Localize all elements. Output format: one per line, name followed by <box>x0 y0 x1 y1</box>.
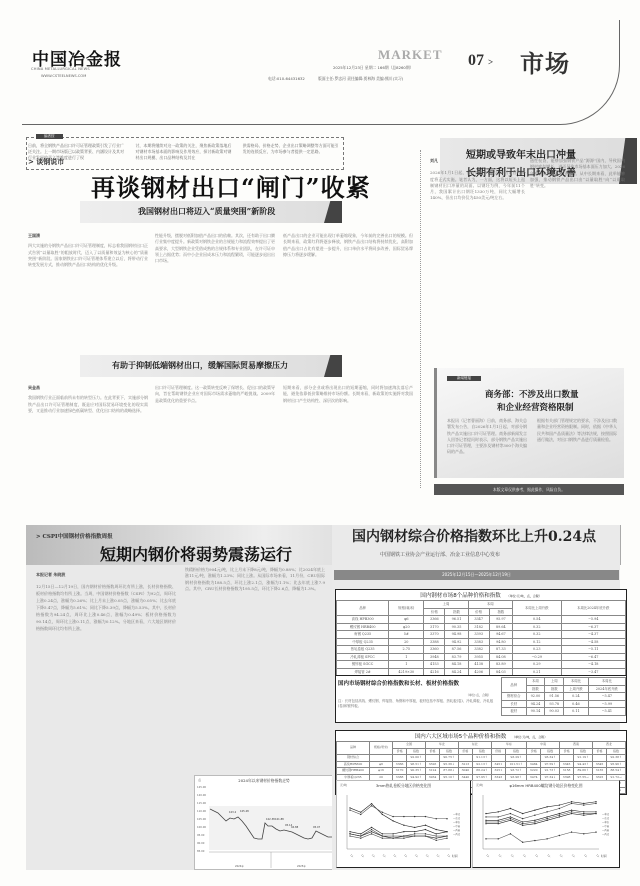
index-report-date-range: 2025年12月15日—2025年12月19日 <box>334 570 619 580</box>
news-title-line2: 和企业经营资格限制 <box>497 401 574 413</box>
author-byline: 刘凡 <box>430 158 525 164</box>
svg-text:12-: 12- <box>498 854 503 859</box>
table-cell: 长材 <box>502 700 527 708</box>
table-cell: −6.37 <box>561 623 625 631</box>
svg-text:12-: 12- <box>425 854 430 859</box>
table-cell: 1 <box>389 653 424 661</box>
table-cell: 87.33 <box>489 646 512 654</box>
table-cell: φ20 <box>389 623 424 631</box>
index-report-title: 国内钢材综合价格指数环比上升0.24点 <box>352 526 596 546</box>
table-cell: 90.03 <box>545 708 564 716</box>
sub-header: 价格 <box>468 608 489 616</box>
table-cell: 3366 <box>424 616 445 624</box>
table-cell: 角钢 Q235 <box>337 631 389 639</box>
sub-header: 价格 <box>424 608 445 616</box>
svg-text:12-: 12- <box>392 854 397 859</box>
table-cell: 84.18 <box>445 661 468 669</box>
table-cell: 93.78 <box>545 700 564 708</box>
table-cell: 3370 <box>424 631 445 639</box>
table-note: 注：长材包括高线、螺纹钢、焊接管、角钢和中厚板，板材包括中厚板、热轧板(卷)、冷… <box>338 699 498 709</box>
table-cell: 4138 <box>468 661 489 669</box>
table-row: 长材94.2493.780.46−5.99 <box>502 700 626 708</box>
article-column: 12月15日—12月19日，国内钢材价格指数周环比有所上涨，长材价格指数、板材价… <box>36 583 176 632</box>
table-cell: 90.14 <box>526 708 545 716</box>
table-cell: 0.54 <box>512 616 561 624</box>
table-cell: 高线 HPB300 <box>337 616 389 624</box>
table-cell: 2.75 <box>389 646 424 654</box>
cspi-line-plot: 125.00120.00115.00110.00105.00100.0095.0… <box>195 776 335 871</box>
table-caption: 国内钢材市场8个品种价格和指数（单位:元/吨，点，合税） <box>336 590 626 600</box>
col-header: 规格(毫米) <box>389 601 424 616</box>
table-cell: −4.37 <box>561 631 625 639</box>
col-header: 规格(毫米) <box>369 742 392 755</box>
svg-text:—中南: —中南 <box>453 824 461 828</box>
sub-header: 指数 <box>526 685 545 693</box>
author-byline: 本报记者 朱晓波 <box>36 572 65 578</box>
subheadline-banner: 有助于抑制低端钢材出口，缓解国际贸易摩擦压力 <box>80 355 342 377</box>
table-cell: 镀锌板 SGCC <box>337 661 389 669</box>
subheadline-text: 我国钢材出口将迈入“质量突围”新阶段 <box>138 206 275 217</box>
svg-text:—华北: —华北 <box>453 812 461 816</box>
svg-text:12-: 12- <box>522 854 527 859</box>
website-url[interactable]: WWW.CSTEELNEWS.COM <box>41 74 86 78</box>
col-header: 上周 <box>545 678 564 686</box>
article-column: 低产品出口的企业可能出现订单萎缩现象，今年前的完善出口的规模。但长期来看，政策红… <box>283 233 413 258</box>
svg-text:—西北: —西北 <box>602 832 610 836</box>
page-number-value: 07 <box>468 52 484 69</box>
main-headline: 再谈钢材出口“闸门”收紧 <box>91 168 371 203</box>
table-cell: −5.11 <box>561 646 625 654</box>
sub-header: 上周升跌 <box>564 685 589 693</box>
table-cell: 3955 <box>468 653 489 661</box>
svg-text:12-: 12- <box>510 854 515 859</box>
col-header: 品种 <box>337 601 389 616</box>
disclaimer-bar: 本版文章仅供参考，据此操作，风险自负。 <box>434 484 624 495</box>
table-cell: 3347 <box>468 616 489 624</box>
table-cell: 83.89 <box>489 661 512 669</box>
col-header: 品种 <box>337 742 370 755</box>
article-column: 王国清 四大实施的分钢铁产品出口许可证管理制度，标志着我国钢材出口正式告别“以量… <box>28 233 148 268</box>
col-header: 本周比 <box>564 678 589 686</box>
article-column: 性能升级，摆脱对低附加值产品出口的依赖。其次，还有助于出口腾行业集中度提升。新政… <box>155 233 275 264</box>
x-group-2025: 2025年 <box>297 864 306 868</box>
author-byline: 王国清 <box>28 233 148 239</box>
svg-text:—东北: —东北 <box>453 816 461 820</box>
table-cell: 0.11 <box>564 708 589 716</box>
editorial-staff: 版面主任:罗忠河 责任编辑:贾林海 美编:熊川(实习) <box>318 76 403 82</box>
sub-header: 指数 <box>545 685 564 693</box>
svg-text:12-: 12- <box>485 854 490 859</box>
banner-accent <box>324 355 342 377</box>
subheadline-banner: 我国钢材出口将迈入“质量突围”新阶段 <box>80 201 342 223</box>
price-index-table-8-varieties: 国内钢材市场8个品种价格和指数（单位:元/吨，点，合税） 品种 规格(毫米) 上… <box>335 589 627 677</box>
table-cell: 5# <box>389 631 424 639</box>
table-cell: 94.67 <box>489 631 512 639</box>
table-cell: −5.94 <box>561 616 625 624</box>
svg-text:时间: 时间 <box>452 854 458 858</box>
table-cell: 0.23 <box>512 646 561 654</box>
table-row: 热轧卷板 Q2352.75336087.56338287.330.23−5.11 <box>337 646 626 654</box>
col-header: 本周比2024年底升跌 <box>561 601 625 616</box>
table-cell: −5.99 <box>588 700 625 708</box>
table-cell: 0.29 <box>512 661 561 669</box>
table-cell: 3360 <box>424 646 445 654</box>
svg-text:94.88: 94.88 <box>291 825 299 829</box>
table-cell: −5.47 <box>588 693 625 701</box>
news-link-box: 新闻链接 商务部：不涉及出口数量 和企业经营资格限制 本报讯（记者曹丽海）日前，… <box>434 368 624 478</box>
hrc-line-plot: —华北—东北—华东—中南—西南—西北12-12-12-12-12-12-12-1… <box>337 781 472 869</box>
table-cell: 3393 <box>468 631 489 639</box>
column-kicker: > CSPI中国钢材价格指数周报 <box>36 532 113 540</box>
table-cell: 91.56 <box>545 693 564 701</box>
table-cell: 0.46 <box>564 700 589 708</box>
article-body: 我国钢铁行业正面临前所未有的转型压力。在此背景下，实施部分钢铁产品出口许可证管理… <box>28 395 148 414</box>
svg-text:12-: 12- <box>534 854 539 859</box>
table-cell: 0.12 <box>512 638 561 646</box>
table-cell: 3170 <box>424 623 445 631</box>
svg-text:12-: 12- <box>349 854 354 859</box>
section-title: 市场 <box>520 44 570 79</box>
svg-text:12-: 12- <box>546 854 551 859</box>
svg-text:—西北: —西北 <box>453 832 461 836</box>
table-unit: （单位:点，合税） <box>466 693 491 697</box>
table-row: 螺纹钢HRB400φ16317090.35↑312487.88↓304086.2… <box>337 768 626 775</box>
svg-text:101.88: 101.88 <box>275 817 284 821</box>
editor-note-text: 日前，将全钢铁产品出口许可证管理政策引发了行业广泛关注。上一期市场版已以政策背景… <box>28 143 342 161</box>
table-cell: 0.32 <box>512 631 561 639</box>
article-body: 2026年1月1日起，部分钢铁产品出口许可证管理制度将正式实施。笔者认为，一方面… <box>430 170 525 201</box>
table-cell: 板材 <box>502 708 527 716</box>
table-cell: 4153 <box>424 661 445 669</box>
cspi-headline: 短期内钢价将弱势震荡运行 <box>100 542 292 565</box>
svg-text:—华东: —华东 <box>453 820 461 824</box>
editor-note-label: 编者按 <box>36 134 63 139</box>
table-cell: −4.58 <box>561 638 625 646</box>
table-cell: 84.08 <box>489 653 512 661</box>
table-cell: 96.51 <box>445 616 468 624</box>
svg-text:125.00: 125.00 <box>197 785 206 789</box>
article-column: 出口许可证管理制度。这一政策转变反映了保增长、促出口的政策导向，旨在帮助钢铁企业… <box>155 385 275 404</box>
editor-note-col: 讨，本期将继续对这一政策的关注，聚焦新政策落地后对钢材市场基本面的影响及作用效应… <box>135 143 234 161</box>
svg-text:12-: 12- <box>403 854 408 859</box>
table-cell: 95.97 <box>489 616 512 624</box>
table-row: 高线 HPB300φ6336696.51334795.970.54−5.94 <box>337 616 626 624</box>
banner-accent <box>324 201 342 223</box>
col-header: 本周比 <box>588 678 625 686</box>
table-cell: 1 <box>389 661 424 669</box>
svg-text:12-: 12- <box>360 854 365 859</box>
table-cell: −0.29 <box>512 653 561 661</box>
table-cell: 3388 <box>424 638 445 646</box>
svg-text:95.07: 95.07 <box>313 825 321 829</box>
table-cell: 20 <box>389 638 424 646</box>
table-cell: 94.92 <box>445 638 468 646</box>
col-header: 本周 <box>468 601 512 609</box>
table-row: 角钢 Q2355#337094.98339394.670.32−4.37 <box>337 631 626 639</box>
table-row: 螺纹钢 HRB400φ20317090.35318289.640.32−6.37 <box>337 623 626 631</box>
col-header: 本周比上周升跌 <box>512 601 561 616</box>
svg-text:12-: 12- <box>583 854 588 859</box>
rebar-regional-chart: φ16mm HRB400螺纹钢分地区价格变化图 元/吨 —华北—东北—华东—中南… <box>472 780 620 868</box>
table-cell: 0.32 <box>512 623 561 631</box>
news-body: 根据有关部门管理规定的要求，不涉及出口数量和企业经营资格限制。同时，依据《中华人… <box>537 418 617 443</box>
table-caption: 国内市场钢材综合价格指数和长材、板材价格指数 <box>338 679 459 687</box>
table-cell: 94.24 <box>526 700 545 708</box>
col-header: 上周 <box>424 601 468 609</box>
svg-text:12-: 12- <box>571 854 576 859</box>
news-link-label: 新闻链接 <box>447 376 481 381</box>
table-cell: 89.64 <box>489 623 512 631</box>
svg-text:105.00: 105.00 <box>197 817 206 821</box>
table-cell: 钢材综合 <box>502 693 527 701</box>
table-cell: −6.47 <box>561 653 625 661</box>
table-cell: 83.79 <box>445 653 468 661</box>
news-body: 本报讯（记者曹丽海）日前，商务部、海关总署发布公告，自2026年1月1日起，对部… <box>447 418 527 456</box>
phone-number: 电话:010-64431632 <box>268 76 305 82</box>
svg-text:100.00: 100.00 <box>197 825 206 829</box>
news-title-line1: 商务部：不涉及出口数量 <box>485 388 579 400</box>
svg-text:—东北: —东北 <box>602 816 610 820</box>
svg-text:—华北: —华北 <box>602 812 610 816</box>
table-row: 高线HPB300φ6336696.51↑332695.36↓321392.13↑… <box>337 761 626 768</box>
page-number: 07> <box>468 52 493 70</box>
composite-index-table: 国内市场钢材综合价格指数和长材、板材价格指数 （单位:点，合税） 注：长材包括高… <box>335 675 627 723</box>
svg-text:12-: 12- <box>595 854 600 859</box>
table-body: 高线 HPB300φ6336696.51334795.970.54−5.94螺纹… <box>337 616 626 676</box>
svg-text:115.00: 115.00 <box>197 801 206 805</box>
table-unit: （单位:元/吨，点，合税） <box>507 594 542 598</box>
table-cell: 0.24 <box>564 693 589 701</box>
svg-text:12-: 12- <box>414 854 419 859</box>
col-header: 品种 <box>502 678 527 693</box>
svg-text:90.00: 90.00 <box>197 841 205 845</box>
table-cell: 3382 <box>468 646 489 654</box>
section-label-en: MARKET <box>378 47 443 63</box>
table-caption: 国内六大区域市场5个品种价格和指数（单位:元/吨，点，合税） <box>336 731 626 741</box>
table-unit: （单位:元/吨，点，合税） <box>512 735 547 739</box>
author-byline: 吴金昌 <box>28 385 148 391</box>
table-cell: 94.98 <box>445 631 468 639</box>
table-row: 板材90.1490.030.11−5.41 <box>502 708 626 716</box>
svg-text:85.00: 85.00 <box>197 849 205 853</box>
svg-text:12-: 12- <box>382 854 387 859</box>
table-cell: −4.18 <box>561 661 625 669</box>
svg-text:—西南: —西南 <box>453 828 461 832</box>
column-kicker: > 谈钢说市 <box>28 157 64 167</box>
svg-text:12-: 12- <box>371 854 376 859</box>
svg-text:103.2: 103.2 <box>229 810 237 814</box>
x-group-2024: 2024年 <box>235 864 244 868</box>
table-cell: 螺纹钢 HRB400 <box>337 623 389 631</box>
arrow-icon: > <box>488 57 493 67</box>
subheadline-text: 有助于抑制低端钢材出口，缓解国际贸易摩擦压力 <box>112 360 288 371</box>
svg-text:105.28: 105.28 <box>240 809 249 813</box>
svg-text:—华东: —华东 <box>602 820 610 824</box>
table-row: 中厚板 Q23520338894.92338394.800.12−4.58 <box>337 638 626 646</box>
rebar-line-plot: —华北—东北—华东—中南—西南—西北12-12-12-12-12-12-12-1… <box>473 781 621 869</box>
table-cell: 3383 <box>468 638 489 646</box>
table-cell: 94.80 <box>489 638 512 646</box>
index-report-publisher: 中国钢铁工业协会产业运行部、冶金工业信息中心发布 <box>380 551 500 558</box>
table-body: 钢材综合92.0091.560.24−5.47长材94.2493.780.46−… <box>502 693 626 716</box>
table-row: 钢材综合92.0091.560.24−5.47 <box>502 693 626 701</box>
table-cell: −5.41 <box>588 708 625 716</box>
article-column: 铁精粉价格为904元/吨，比上月末下降8元/吨，降幅为0.88%；比2024年底… <box>185 567 325 592</box>
table-cell: 3948 <box>424 653 445 661</box>
article-column: 吴金昌 我国钢铁行业正面临前所未有的转型压力。在此背景下，实施部分钢铁产品出口许… <box>28 385 148 414</box>
col-header: 本周 <box>526 678 545 686</box>
column-divider <box>420 150 421 488</box>
article-column: 通性检查，能够加强钢铁产品“源源”国内，导致国内钢材库存增长，进而导致市场基本面… <box>530 158 625 189</box>
issue-date: 2025年12月23日 星期二 166期（总8260期） <box>333 65 413 71</box>
editor-note-col: 供需格局、价格走势、企业出口策略调整等方面可能引发的连锁反应，为市场参与者提供一… <box>243 143 342 161</box>
hot-rolled-coil-regional-chart: 3mm热轧卷板分地区价格变化图 元/吨 —华北—东北—华东—中南—西南—西北12… <box>336 780 471 868</box>
svg-text:12-: 12- <box>446 854 451 859</box>
cspi-trend-chart: 2024年以来钢材价格指数走势 点 125.00120.00115.00110.… <box>194 775 334 870</box>
sub-header: 指数 <box>489 608 512 616</box>
svg-text:12-: 12- <box>559 854 564 859</box>
table-row: 冷轧薄板 SPCC1394883.79395584.08−0.29−6.47 <box>337 653 626 661</box>
table-cell: 92.00 <box>526 693 545 701</box>
sub-header: 指数 <box>445 608 468 616</box>
table-cell: 90.35 <box>445 623 468 631</box>
svg-text:120.00: 120.00 <box>197 793 206 797</box>
svg-text:时间: 时间 <box>601 854 607 858</box>
sub-header: 2024年底升跌 <box>588 685 625 693</box>
svg-text:—西南: —西南 <box>602 828 610 832</box>
newspaper-logo-en: CHINA METALLURGICAL NEWS <box>31 67 90 71</box>
table-row: 镀锌板 SGCC1415384.18413883.890.29−4.18 <box>337 661 626 669</box>
svg-text:95.00: 95.00 <box>197 833 205 837</box>
svg-text:110.00: 110.00 <box>197 809 206 813</box>
table-cell: 热轧卷板 Q235 <box>337 646 389 654</box>
table-cell: 87.56 <box>445 646 468 654</box>
svg-text:102.38: 102.38 <box>266 817 275 821</box>
table-cell: 中厚板 Q235 <box>337 638 389 646</box>
svg-text:—中南: —中南 <box>602 824 610 828</box>
table-cell: 冷轧薄板 SPCC <box>337 653 389 661</box>
article-column: 短期来看，部分企业或将出现出口的短期萎缩，同时将加速淘汰落后产能，避免依靠低价策… <box>283 385 413 404</box>
article-body: 四大实施的分钢铁产品出口许可证管理制度，标志着我国钢材出口正式告别“以量取胜”的… <box>28 243 148 268</box>
table-cell: φ6 <box>389 616 424 624</box>
svg-text:12-: 12- <box>436 854 441 859</box>
article-column: 刘凡 2026年1月1日起，部分钢铁产品出口许可证管理制度将正式实施。笔者认为，… <box>430 158 525 202</box>
table-cell: 3182 <box>468 623 489 631</box>
